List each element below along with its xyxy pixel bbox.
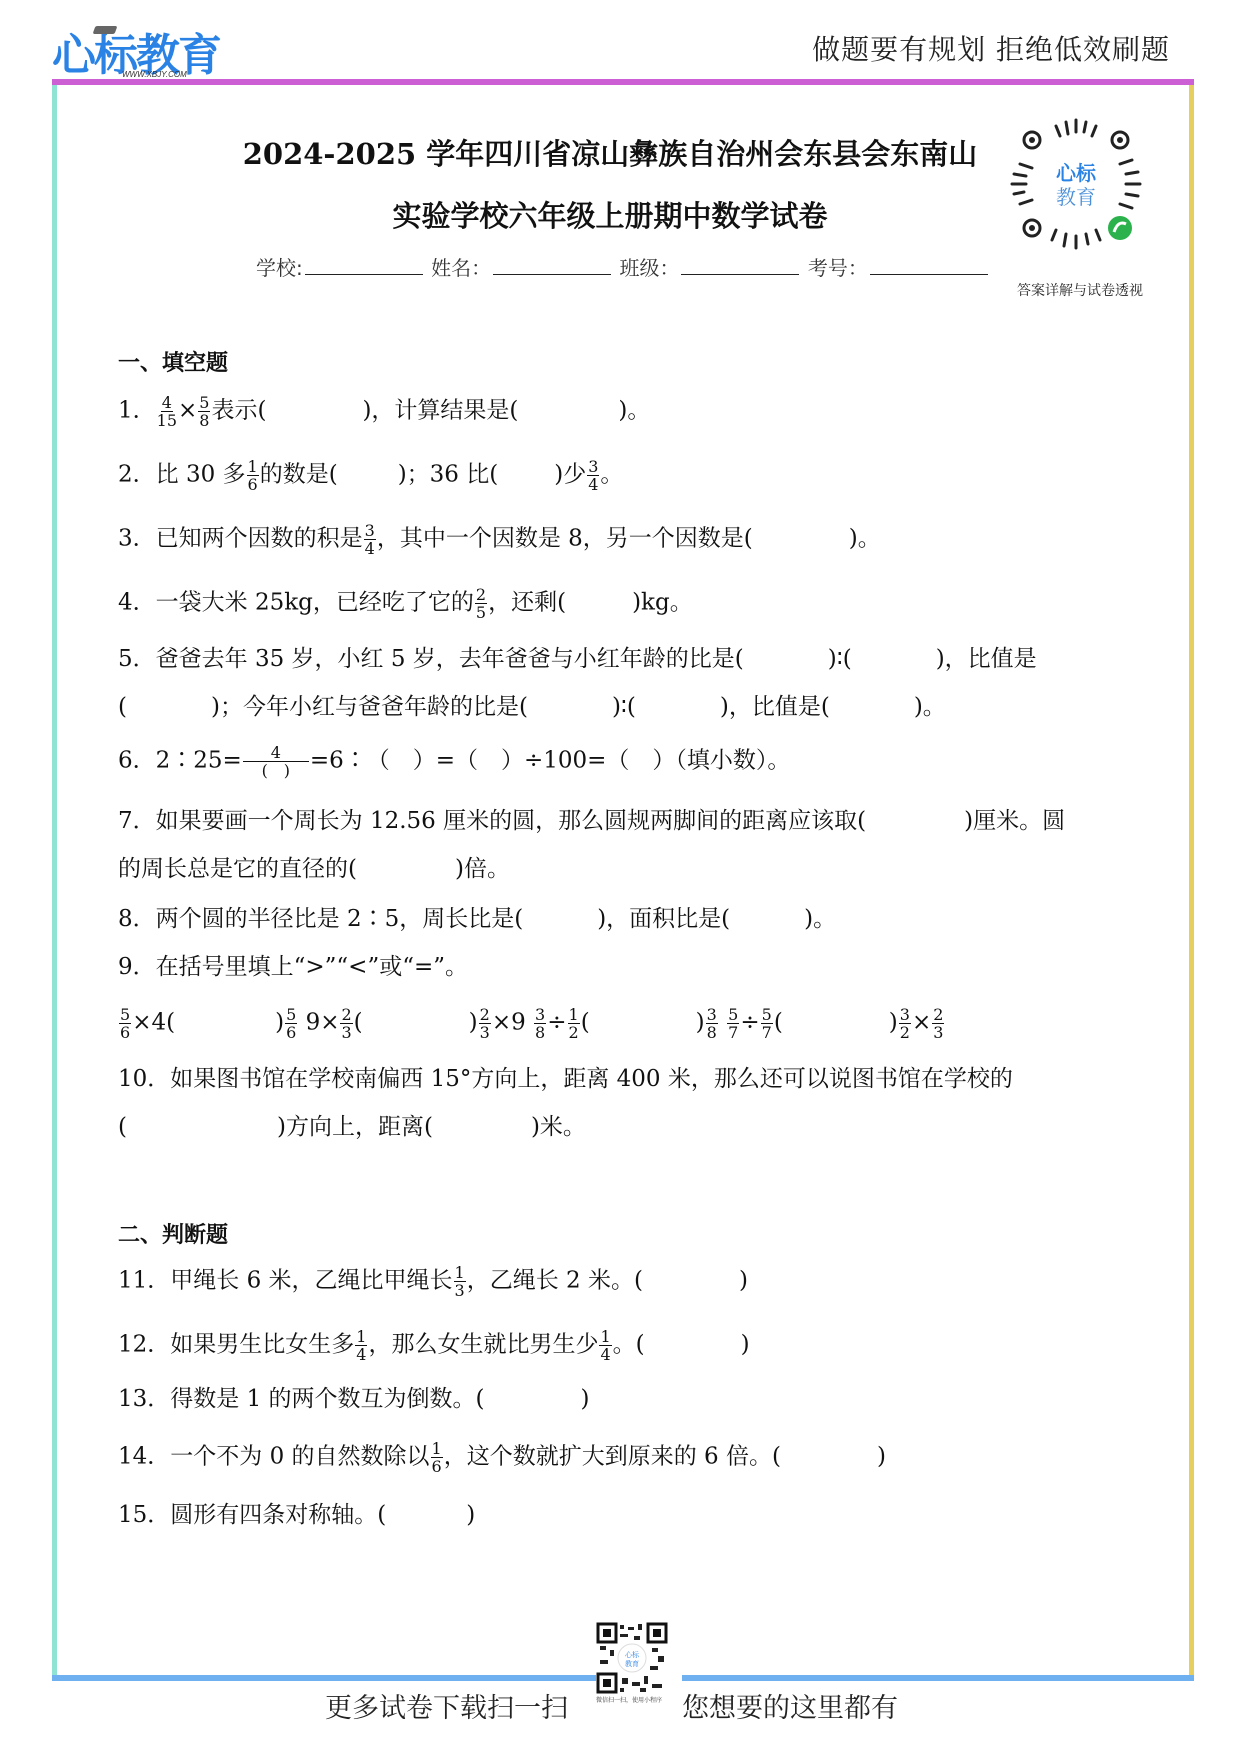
- question-2: 2．比 30 多16的数是()；36 比()少34。: [118, 458, 623, 493]
- name-blank[interactable]: [493, 256, 611, 275]
- question-12: 12．如果男生比女生多14，那么女生就比男生少14。(): [118, 1328, 750, 1363]
- frame-left-bar: [52, 85, 57, 1681]
- footer-qr-code[interactable]: 心标 教育: [596, 1622, 668, 1694]
- mini-program-qr-code[interactable]: 心标 教育: [1010, 118, 1142, 250]
- question-7-line2: 的周长总是它的直径的()倍。: [118, 854, 510, 884]
- frame-bottom-bar-right: [682, 1675, 1194, 1681]
- logo-url: WWW.XBJY.COM: [122, 70, 187, 79]
- question-3: 3．已知两个因数的积是34，其中一个因数是 8，另一个因数是()。: [118, 522, 881, 557]
- qr-caption: 答案详解与试卷透视: [1000, 280, 1160, 300]
- name-label: 姓名：: [431, 256, 491, 280]
- class-blank[interactable]: [681, 256, 799, 275]
- question-9-comparisons: 56×4()56 9×23()23×9 38÷12()38 57÷57()32×…: [118, 1006, 945, 1041]
- question-11: 11．甲绳长 6 米，乙绳比甲绳长13，乙绳长 2 米。(): [118, 1264, 748, 1299]
- qr-code-icon: 心标 教育: [1010, 118, 1142, 250]
- frame-top-bar: [52, 79, 1194, 85]
- question-1: 1．415×58表示()，计算结果是()。: [118, 394, 650, 429]
- fraction: 58: [198, 394, 210, 429]
- question-6: 6．2∶25=4( )=6∶（ ）=（ ）÷100=（ ）（填小数）。: [118, 744, 790, 779]
- header-slogan: 做题要有规划 拒绝低效刷题: [812, 28, 1170, 68]
- graduation-cap-icon: [93, 26, 118, 34]
- svg-text:教育: 教育: [1056, 185, 1096, 209]
- question-13: 13．得数是 1 的两个数互为倒数。(): [118, 1384, 590, 1414]
- school-blank[interactable]: [305, 256, 423, 275]
- frame-bottom-bar-left: [52, 1675, 598, 1681]
- footer-right-text: 您想要的这里都有: [682, 1686, 898, 1725]
- class-label: 班级：: [619, 256, 679, 280]
- exam-no-blank[interactable]: [870, 256, 988, 275]
- svg-text:心标: 心标: [625, 1650, 640, 1659]
- svg-text:心标: 心标: [1056, 161, 1097, 185]
- fraction: 415: [157, 394, 177, 429]
- question-10-line2: ()方向上，距离()米。: [118, 1112, 586, 1142]
- footer-qr-caption: 微信扫一扫，使用小程序: [596, 1695, 676, 1704]
- question-7-line1: 7．如果要画一个周长为 12.56 厘米的圆，那么圆规两脚间的距离应该取()厘米…: [118, 806, 1065, 836]
- school-label: 学校:: [256, 256, 303, 280]
- question-15: 15．圆形有四条对称轴。(): [118, 1500, 475, 1530]
- brand-logo: 心标教育 WWW.XBJY.COM: [52, 24, 220, 80]
- question-10-line1: 10．如果图书馆在学校南偏西 15°方向上，距离 400 米，那么还可以说图书馆…: [118, 1064, 1013, 1094]
- exam-no-label: 考号：: [808, 256, 868, 280]
- qr-code-icon: 心标 教育: [596, 1622, 668, 1694]
- question-5-line1: 5．爸爸去年 35 岁，小红 5 岁，去年爸爸与小红年龄的比是()∶()，比值是: [118, 644, 1037, 674]
- question-14: 14．一个不为 0 的自然数除以16，这个数就扩大到原来的 6 倍。(): [118, 1440, 886, 1475]
- question-9: 9．在括号里填上“>”“<”或“=”。: [118, 952, 468, 982]
- student-info-line: 学校: 姓名： 班级： 考号：: [256, 252, 990, 281]
- exam-title-line2: 实验学校六年级上册期中数学试卷: [200, 194, 1020, 235]
- section-title-fill-blank: 一、填空题: [118, 346, 228, 377]
- footer-left-text: 更多试卷下载扫一扫: [325, 1686, 568, 1725]
- svg-text:教育: 教育: [625, 1659, 639, 1668]
- exam-title-line1: 2024-2025 学年四川省凉山彝族自治州会东县会东南山: [200, 132, 1020, 173]
- question-5-line2: ()；今年小红与爸爸年龄的比是()∶()，比值是()。: [118, 692, 946, 722]
- frame-right-bar: [1189, 85, 1194, 1681]
- question-8: 8．两个圆的半径比是 2∶5，周长比是()，面积比是()。: [118, 904, 836, 934]
- section-title-true-false: 二、判断题: [118, 1218, 228, 1249]
- question-4: 4．一袋大米 25kg，已经吃了它的25，还剩()kg。: [118, 586, 693, 621]
